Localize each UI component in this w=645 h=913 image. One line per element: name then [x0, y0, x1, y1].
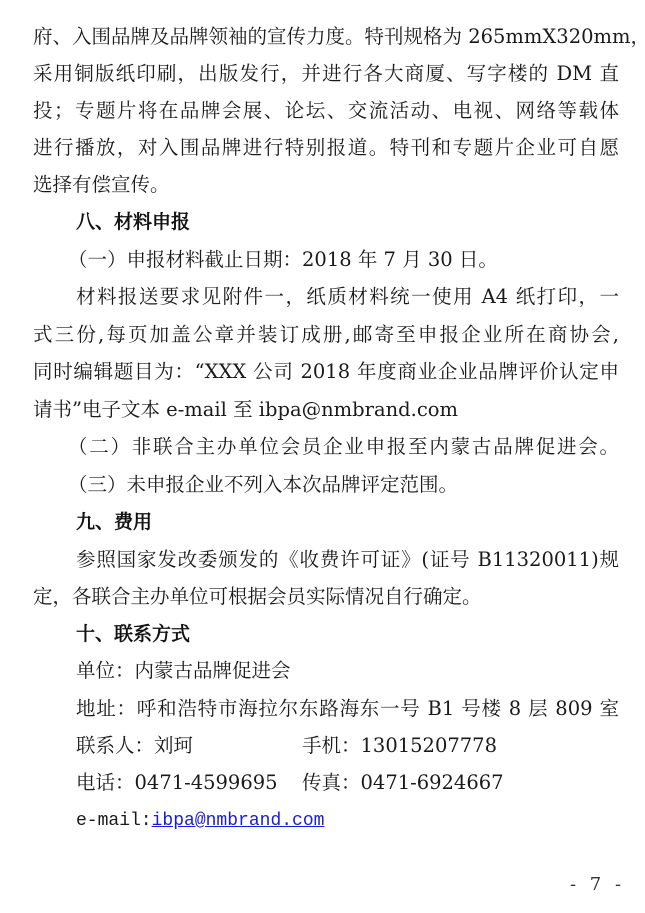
submission-item-2: （二）非联合主办单位会员企业申报至内蒙古品牌促进会。 — [68, 432, 619, 462]
paragraph-line: 式三份,每页加盖公章并装订成册,邮寄至申报企业所在商协会, — [33, 320, 619, 350]
email-link[interactable]: ibpa@nmbrand.com — [152, 811, 325, 831]
paragraph-line: 投；专题片将在品牌会展、论坛、交流活动、电视、网络等载体 — [33, 96, 619, 126]
contact-row: 联系人：刘珂 手机：13015207778 — [76, 731, 619, 761]
contact-row: 电话：0471-4599695 传真：0471-6924667 — [76, 768, 619, 798]
paragraph-line: 请书”电子文本 e-mail 至 ibpa@nmbrand.com — [33, 395, 619, 425]
paragraph-line: 材料报送要求见附件一，纸质材料统一使用 A4 纸打印，一 — [76, 282, 619, 312]
section-heading-fees: 九、费用 — [76, 507, 619, 537]
paragraph-line: 选择有偿宣传。 — [33, 170, 619, 200]
paragraph-line: 采用铜版纸印刷，出版发行，并进行各大商厦、写字楼的 DM 直 — [33, 59, 619, 89]
contact-person: 联系人：刘珂 — [76, 734, 193, 757]
deadline-item: （一）申报材料截止日期：2018 年 7 月 30 日。 — [68, 245, 611, 275]
submission-item-3: （三）未申报企业不列入本次品牌评定范围。 — [68, 470, 611, 500]
section-heading-contact: 十、联系方式 — [76, 619, 619, 649]
contact-email-row: e-mail:ibpa@nmbrand.com — [76, 806, 619, 836]
contact-unit: 单位：内蒙古品牌促进会 — [76, 656, 619, 686]
contact-fax: 传真：0471-6924667 — [302, 768, 504, 798]
document-page: 府、入围品牌及品牌领袖的宣传力度。特刊规格为 265mmX320mm， 采用铜版… — [0, 0, 645, 913]
paragraph-line: 参照国家发改委颁发的《收费许可证》(证号 B11320011)规 — [76, 545, 619, 575]
paragraph-line: 同时编辑题目为：“XXX 公司 2018 年度商业企业品牌评价认定申 — [33, 357, 619, 387]
section-heading-materials: 八、材料申报 — [76, 207, 619, 237]
paragraph-line: 定，各联合主办单位可根据会员实际情况自行确定。 — [33, 582, 619, 612]
contact-phone: 电话：0471-4599695 — [76, 771, 278, 794]
email-label: e-mail: — [76, 811, 152, 831]
paragraph-line: 府、入围品牌及品牌领袖的宣传力度。特刊规格为 265mmX320mm， — [33, 22, 619, 52]
contact-address: 地址：呼和浩特市海拉尔东路海东一号 B1 号楼 8 层 809 室 — [76, 694, 619, 724]
paragraph-line: 进行播放，对入围品牌进行特别报道。特刊和专题片企业可自愿 — [33, 133, 619, 163]
page-number: - 7 - — [570, 874, 625, 895]
contact-mobile: 手机：13015207778 — [302, 731, 497, 761]
